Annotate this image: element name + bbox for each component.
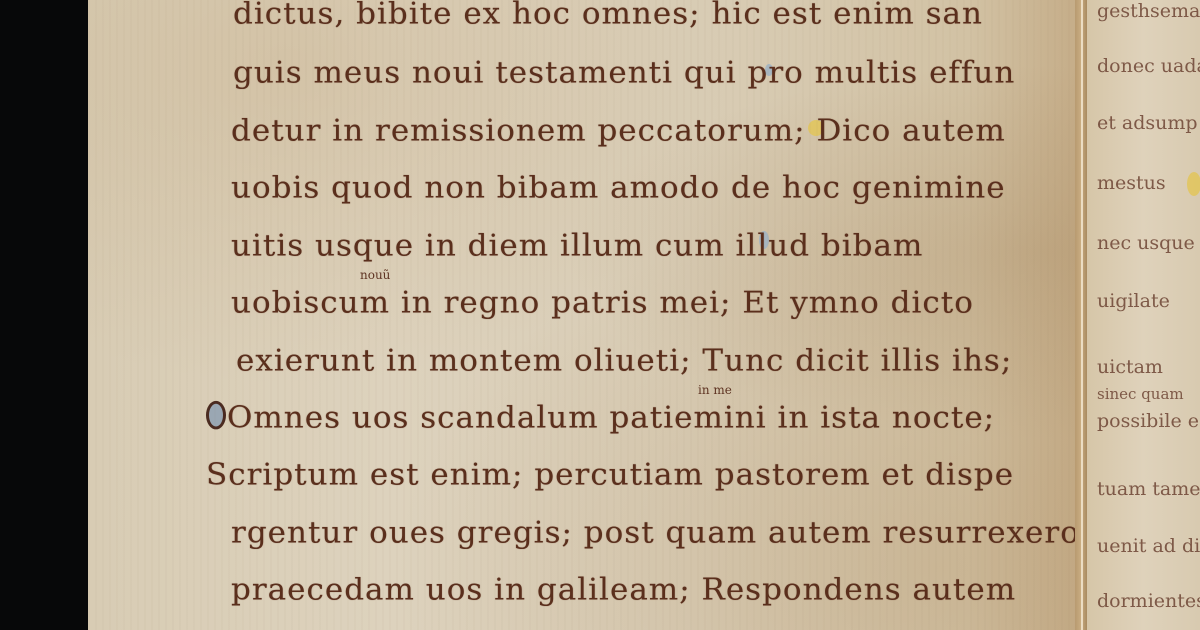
facing-line: donec uadam <box>1097 55 1200 77</box>
manuscript-line: praecedam uos in galileam; Respondens au… <box>231 573 1016 607</box>
manuscript-line: guis meus noui testamenti qui pro multis… <box>233 56 1015 90</box>
manuscript-line: detur in remissionem peccatorum; Dico au… <box>231 114 1006 148</box>
manuscript-line: Omnes uos scandalum patiemini in ista no… <box>206 401 995 435</box>
manuscript-line: uobiscum in regno patris mei; Et ymno di… <box>231 286 974 320</box>
yellow-rubrication-dot <box>808 120 824 136</box>
interlinear-gloss: in me <box>698 383 732 397</box>
blue-rubrication-dot <box>765 64 773 76</box>
manuscript-line: uitis usque in diem illum cum illud biba… <box>231 229 923 263</box>
interlinear-gloss: nouũ <box>360 268 390 282</box>
manuscript-line: exierunt in montem oliueti; Tunc dicit i… <box>236 344 1012 378</box>
manuscript-page: dictus, bibite ex hoc omnes; hic est eni… <box>88 0 1088 630</box>
blue-initial-o <box>206 401 226 430</box>
manuscript-line: dictus, bibite ex hoc omnes; hic est eni… <box>233 0 983 31</box>
facing-line: nec usque <box>1097 232 1195 254</box>
facing-line: tuam tamen <box>1097 478 1200 500</box>
facing-line: sinec quam <box>1097 385 1184 403</box>
dark-background-margin <box>0 0 88 630</box>
yellow-rubrication-dot <box>1187 172 1200 196</box>
manuscript-line: Scriptum est enim; percutiam pastorem et… <box>206 458 1014 492</box>
facing-line: et adsump <box>1097 112 1198 134</box>
facing-line: possibile est <box>1097 410 1200 432</box>
manuscript-line: rgentur oues gregis; post quam autem res… <box>231 516 1080 550</box>
blue-rubrication-dot <box>759 231 769 249</box>
facing-line: mestus <box>1097 172 1166 194</box>
facing-line: gesthsemani <box>1097 0 1200 22</box>
facing-manuscript-page: gesthsemani donec uadam et adsump mestus… <box>1087 0 1200 630</box>
facing-line: uigilate <box>1097 290 1170 312</box>
facing-line: uictam <box>1097 356 1163 378</box>
facing-line: dormientes <box>1097 590 1200 612</box>
manuscript-line-text: Omnes uos scandalum patiemini in ista no… <box>227 401 995 435</box>
page-edge <box>1081 0 1083 630</box>
facing-line: uenit ad discip <box>1097 535 1200 557</box>
manuscript-line: uobis quod non bibam amodo de hoc genimi… <box>231 171 1006 205</box>
